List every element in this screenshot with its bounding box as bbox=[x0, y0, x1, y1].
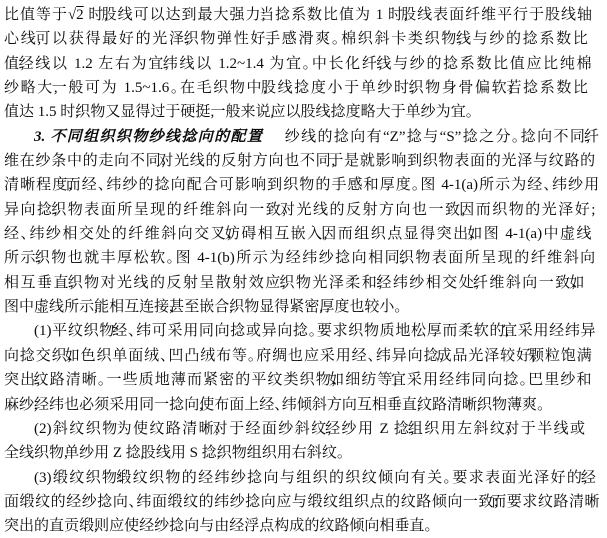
text-run: 时,股线可以达到最大强力;当捻系数比值为 1 时,股线表面纤维平行于股线轴 bbox=[84, 7, 592, 23]
text-run: 值,经线以 1.2 左右为宜,纬线以 1.2~1.4 为宜。中长化纤,线与纱的捻… bbox=[4, 56, 592, 72]
text-run: √ bbox=[68, 7, 76, 23]
text-line: 值达 1.5 时,织物又显得过于硬挺,一般来说,应以股线捻度略大于单纱为宜。 bbox=[4, 100, 603, 124]
text-line: 突出,纹路清晰。一些质地薄而紧密的平纹类织物,如细纺等,宜采用经纬同向捻。巴里纱… bbox=[4, 368, 603, 392]
text-line: 相互垂直,织物对光线的反射呈散射效应,织物光泽柔和;经纬纱相交处,纤维斜向一致,… bbox=[4, 271, 603, 295]
text-line: 3. 不同组织织物纱线捻向的配置 纱线的捻向有“Z”捻与“S”捻之分。捻向不同,… bbox=[4, 125, 603, 149]
text-run: 纱线的捻向有“Z”捻与“S”捻之分。捻向不同,纤 bbox=[263, 129, 599, 145]
document-page: 比值等于√2 时,股线可以达到最大强力;当捻系数比值为 1 时,股线表面纤维平行… bbox=[0, 0, 607, 538]
text-run: 突出,纹路清晰。一些质地薄而紧密的平纹类织物,如细纺等,宜采用经纬同向捻。巴里纱… bbox=[4, 372, 591, 388]
text-run: 维在纱条中的走向不同,对光线的反射方向也不同,于是就影响到织物表面的光泽与纹路的 bbox=[4, 153, 595, 169]
text-line: 值,经线以 1.2 左右为宜,纬线以 1.2~1.4 为宜。中长化纤,线与纱的捻… bbox=[4, 52, 603, 76]
text-run: 突出的直贡缎,则应使经纱捻向与由经浮点构成的纹路倾向相垂直。 bbox=[4, 518, 432, 534]
text-line: 麻纱,经纬也必须采用同一捻向,使布面上经、纬倾斜方向互相垂直,纹路清晰,织物薄爽… bbox=[4, 393, 603, 417]
section-heading: 3. 不同组织织物纱线捻向的配置 bbox=[34, 129, 263, 145]
text-run: 图中虚线所示,能相互连接,甚至嵌合,织物显得紧密,厚度也较小。 bbox=[4, 299, 402, 315]
text-line: 清晰程度,而经、纬纱的捻向配合可影响到织物的手感和厚度。图 4-1(a)所示为经… bbox=[4, 173, 603, 197]
text-run: 面缎纹的经纱捻向、纬面缎纹的纬纱捻向应与缎纹组织点的纹路倾向一致;而要求纹路清晰 bbox=[4, 494, 600, 510]
text-line: 面缎纹的经纱捻向、纬面缎纹的纬纱捻向应与缎纹组织点的纹路倾向一致;而要求纹路清晰 bbox=[4, 490, 603, 514]
text-run: 经、纬纱相交处的纤维斜向交叉,妨碍相互嵌入,因而组织点显得突出,如图 4-1(a… bbox=[4, 226, 592, 242]
text-run: 心线,可以获得最好的光泽,织物弹性好,手感滑爽。棉织斜卡类织物,线与纱的捻系数比 bbox=[4, 31, 588, 47]
text-line: 比值等于√2 时,股线可以达到最大强力;当捻系数比值为 1 时,股线表面纤维平行… bbox=[4, 3, 603, 27]
text-run: 相互垂直,织物对光线的反射呈散射效应,织物光泽柔和;经纬纱相交处,纤维斜向一致,… bbox=[4, 275, 584, 291]
text-line: (3)缎纹织物:缎纹织物的经纬纱捻向与组织的织纹倾向有关。要求表面光泽好的,经 bbox=[4, 466, 603, 490]
text-run: (1)平纹织物:经、纬可采用同向捻或异向捻。要求织物质地松厚而柔软的,宜采用经纬… bbox=[34, 323, 596, 339]
text-run: 清晰程度,而经、纬纱的捻向配合可影响到织物的手感和厚度。图 4-1(a)所示为经… bbox=[4, 177, 599, 193]
text-run: 异向捻,织物表面所呈现的纤维斜向一致,对光线的反射方向也一致,因而织物的光泽好; bbox=[4, 202, 591, 218]
text-line: 纱略大,一般可为 1.5~1.6。在毛织物中,股线捻度小于单纱时,织物身骨偏软;… bbox=[4, 76, 603, 100]
text-line: (1)平纹织物:经、纬可采用同向捻或异向捻。要求织物质地松厚而柔软的,宜采用经纬… bbox=[4, 319, 603, 343]
text-line: 全线织物,单纱用 Z 捻,股线用 S 捻,织物组织用右斜纹。 bbox=[4, 441, 603, 465]
text-run: 值达 1.5 时,织物又显得过于硬挺,一般来说,应以股线捻度略大于单纱为宜。 bbox=[4, 104, 473, 120]
text-line: 图中虚线所示,能相互连接,甚至嵌合,织物显得紧密,厚度也较小。 bbox=[4, 295, 603, 319]
text-run: 向捻交织,如色织单面绒、凹凸绒布等。府绸也应采用经、纬异向捻,成品光泽较好,颗粒… bbox=[4, 348, 592, 364]
text-line: 所示,织物也就丰厚松软。图 4-1(b)所示为经纬纱捻向相同,织物表面所呈现的纤… bbox=[4, 246, 603, 270]
sqrt-radicand: 2 bbox=[76, 7, 84, 23]
text-run: (3)缎纹织物:缎纹织物的经纬纱捻向与组织的织纹倾向有关。要求表面光泽好的,经 bbox=[34, 470, 596, 486]
text-line: (2)斜纹织物:为使纹路清晰,对于经面纱斜纹,经纱用 Z 捻,组织用左斜纹;对于… bbox=[4, 417, 603, 441]
text-line: 异向捻,织物表面所呈现的纤维斜向一致,对光线的反射方向也一致,因而织物的光泽好; bbox=[4, 198, 603, 222]
text-line: 维在纱条中的走向不同,对光线的反射方向也不同,于是就影响到织物表面的光泽与纹路的 bbox=[4, 149, 603, 173]
text-run: 麻纱,经纬也必须采用同一捻向,使布面上经、纬倾斜方向互相垂直,纹路清晰,织物薄爽… bbox=[4, 397, 545, 413]
text-run: (2)斜纹织物:为使纹路清晰,对于经面纱斜纹,经纱用 Z 捻,组织用左斜纹;对于… bbox=[34, 421, 585, 437]
text-line: 向捻交织,如色织单面绒、凹凸绒布等。府绸也应采用经、纬异向捻,成品光泽较好,颗粒… bbox=[4, 344, 603, 368]
text-line: 心线,可以获得最好的光泽,织物弹性好,手感滑爽。棉织斜卡类织物,线与纱的捻系数比 bbox=[4, 27, 603, 51]
text-run: 比值等于 bbox=[4, 7, 68, 23]
text-run: 全线织物,单纱用 Z 捻,股线用 S 捻,织物组织用右斜纹。 bbox=[4, 445, 344, 461]
text-line: 经、纬纱相交处的纤维斜向交叉,妨碍相互嵌入,因而组织点显得突出,如图 4-1(a… bbox=[4, 222, 603, 246]
text-line: 突出的直贡缎,则应使经纱捻向与由经浮点构成的纹路倾向相垂直。 bbox=[4, 514, 603, 538]
text-run: 纱略大,一般可为 1.5~1.6。在毛织物中,股线捻度小于单纱时,织物身骨偏软;… bbox=[4, 80, 588, 96]
text-run: 所示,织物也就丰厚松软。图 4-1(b)所示为经纬纱捻向相同,织物表面所呈现的纤… bbox=[4, 250, 595, 266]
